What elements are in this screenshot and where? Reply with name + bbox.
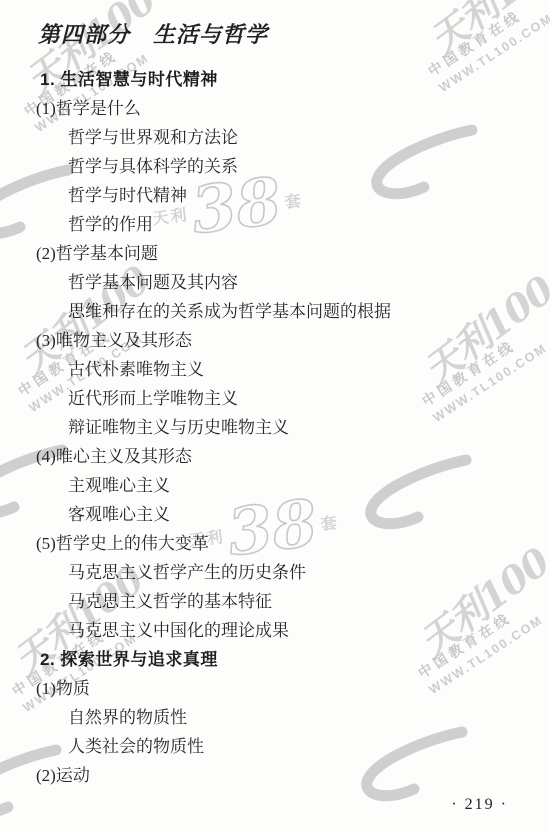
outline-text: (5)哲学史上的伟大变革 (36, 529, 209, 558)
outline-list: 1. 生活智慧与时代精神 (1)哲学是什么 哲学与世界观和方法论 哲学与具体科学… (0, 65, 550, 790)
outline-text: 2. 探索世界与追求真理 (40, 645, 218, 674)
outline-text: (2)运动 (36, 761, 90, 790)
outline-row: (2)哲学基本问题 (36, 239, 550, 268)
outline-text: 马克思主义哲学产生的历史条件 (68, 558, 306, 587)
outline-text: 古代朴素唯物主义 (68, 355, 204, 384)
outline-text: 思维和存在的关系成为哲学基本问题的根据 (68, 297, 391, 326)
outline-text: 自然界的物质性 (68, 703, 187, 732)
outline-row: 哲学与世界观和方法论 (36, 123, 550, 152)
outline-row: 古代朴素唯物主义 (36, 355, 550, 384)
outline-row: 哲学的作用 (36, 210, 550, 239)
outline-row: 人类社会的物质性 (36, 732, 550, 761)
outline-text: 近代形而上学唯物主义 (68, 384, 238, 413)
outline-row: 马克思主义哲学的基本特征 (36, 587, 550, 616)
outline-text: 马克思主义中国化的理论成果 (68, 616, 289, 645)
outline-text: 哲学与世界观和方法论 (68, 123, 238, 152)
outline-row: 客观唯心主义 (36, 500, 550, 529)
outline-row: 哲学与时代精神 (36, 181, 550, 210)
outline-row: (3)唯物主义及其形态 (36, 326, 550, 355)
outline-text: 客观唯心主义 (68, 500, 170, 529)
outline-text: 1. 生活智慧与时代精神 (40, 65, 218, 94)
outline-row: 1. 生活智慧与时代精神 (36, 65, 550, 94)
page-content: 第四部分 生活与哲学 1. 生活智慧与时代精神 (1)哲学是什么 哲学与世界观和… (0, 18, 550, 790)
outline-text: (1)物质 (36, 674, 90, 703)
outline-row: (4)唯心主义及其形态 (36, 442, 550, 471)
outline-row: 哲学与具体科学的关系 (36, 152, 550, 181)
outline-text: (2)哲学基本问题 (36, 239, 158, 268)
outline-text: 哲学与时代精神 (68, 181, 187, 210)
outline-text: 人类社会的物质性 (68, 732, 204, 761)
outline-text: 马克思主义哲学的基本特征 (68, 587, 272, 616)
outline-row: 哲学基本问题及其内容 (36, 268, 550, 297)
page-number: · 219 · (451, 796, 508, 814)
outline-text: (1)哲学是什么 (36, 94, 141, 123)
outline-text: 辩证唯物主义与历史唯物主义 (68, 413, 289, 442)
outline-row: (5)哲学史上的伟大变革 (36, 529, 550, 558)
outline-row: 自然界的物质性 (36, 703, 550, 732)
outline-row: 近代形而上学唯物主义 (36, 384, 550, 413)
outline-row: 2. 探索世界与追求真理 (36, 645, 550, 674)
outline-row: 主观唯心主义 (36, 471, 550, 500)
outline-row: 马克思主义中国化的理论成果 (36, 616, 550, 645)
part-title: 第四部分 生活与哲学 (38, 18, 550, 49)
outline-row: 马克思主义哲学产生的历史条件 (36, 558, 550, 587)
outline-text: (4)唯心主义及其形态 (36, 442, 192, 471)
outline-text: 哲学的作用 (68, 210, 153, 239)
scanned-toc-page: { "header": { "part_title": "第四部分 生活与哲学"… (0, 0, 550, 832)
outline-row: (1)物质 (36, 674, 550, 703)
outline-row: (2)运动 (36, 761, 550, 790)
outline-row: 思维和存在的关系成为哲学基本问题的根据 (36, 297, 550, 326)
outline-row: 辩证唯物主义与历史唯物主义 (36, 413, 550, 442)
outline-text: 哲学基本问题及其内容 (68, 268, 238, 297)
outline-text: 哲学与具体科学的关系 (68, 152, 238, 181)
outline-row: (1)哲学是什么 (36, 94, 550, 123)
outline-text: 主观唯心主义 (68, 471, 170, 500)
outline-text: (3)唯物主义及其形态 (36, 326, 192, 355)
